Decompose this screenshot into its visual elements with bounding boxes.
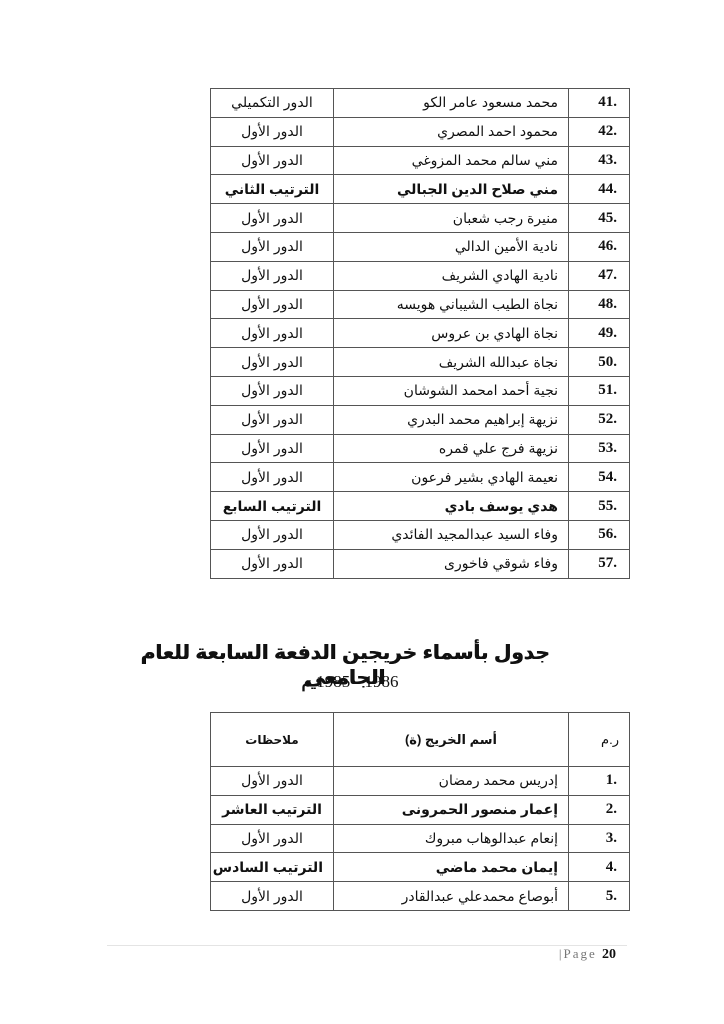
table-row: 45.منيرة رجب شعبانالدور الأول xyxy=(211,204,630,233)
graduate-name: إيمان محمد ماضي xyxy=(334,853,569,882)
graduate-note: الدور الأول xyxy=(211,204,334,233)
table-row: 3.إنعام عبدالوهاب مبروكالدور الأول xyxy=(211,824,630,853)
row-number: 47. xyxy=(569,261,630,290)
table-row: 4.إيمان محمد ماضيالترتيب السادس xyxy=(211,853,630,882)
graduate-name: نادية الأمين الدالي xyxy=(334,232,569,261)
table-row: 42.محمود احمد المصريالدور الأول xyxy=(211,117,630,146)
table-row: 44.مني صلاح الدين الجباليالترتيب الثاني xyxy=(211,175,630,204)
table-row: 50.نجاة عبدالله الشريفالدور الأول xyxy=(211,348,630,377)
graduate-name: نادية الهادي الشريف xyxy=(334,261,569,290)
year-suffix: م xyxy=(302,672,313,691)
row-number: 3. xyxy=(569,824,630,853)
graduate-note: الدور الأول xyxy=(211,882,334,911)
graduate-name: وفاء السيد عبدالمجيد الفائدي xyxy=(334,520,569,549)
graduate-name: إنعام عبدالوهاب مبروك xyxy=(334,824,569,853)
row-number: 52. xyxy=(569,405,630,434)
graduate-name: هدي يوسف بادي xyxy=(334,492,569,521)
row-number: 49. xyxy=(569,319,630,348)
graduate-name: نجاة الطيب الشيباني هويسه xyxy=(334,290,569,319)
header-serial-number: ر.م xyxy=(569,713,630,767)
year-range: 1985 - 1986 xyxy=(316,672,398,691)
row-number: 55. xyxy=(569,492,630,521)
graduate-note: الدور الأول xyxy=(211,549,334,578)
table-row: 54.نعيمة الهادي بشير فرعونالدور الأول xyxy=(211,463,630,492)
graduate-note: الدور الأول xyxy=(211,261,334,290)
graduate-name: نزيهة إبراهيم محمد البدري xyxy=(334,405,569,434)
table-row: 47.نادية الهادي الشريفالدور الأول xyxy=(211,261,630,290)
graduate-note: الدور الأول xyxy=(211,434,334,463)
graduate-note: الدور التكميلي xyxy=(211,89,334,118)
table-header-row: ر.م أسم الخريج (ة) ملاحظات xyxy=(211,713,630,767)
graduate-name: محمود احمد المصري xyxy=(334,117,569,146)
graduate-name: أبوصاع محمدعلي عبدالقادر xyxy=(334,882,569,911)
graduates-table-continued: 41.محمد مسعود عامر الكوالدور التكميلي 42… xyxy=(210,88,630,579)
row-number: 42. xyxy=(569,117,630,146)
graduate-note: الدور الأول xyxy=(211,232,334,261)
page-number: 20 xyxy=(602,947,616,962)
graduate-note: الدور الأول xyxy=(211,376,334,405)
row-number: 53. xyxy=(569,434,630,463)
row-number: 56. xyxy=(569,520,630,549)
graduate-name: نعيمة الهادي بشير فرعون xyxy=(334,463,569,492)
graduate-note: الدور الأول xyxy=(211,463,334,492)
graduate-name: نجاة عبدالله الشريف xyxy=(334,348,569,377)
table-row: 48.نجاة الطيب الشيباني هويسهالدور الأول xyxy=(211,290,630,319)
graduate-note: الدور الأول xyxy=(211,348,334,377)
footer-divider xyxy=(107,945,627,946)
graduate-note: الترتيب العاشر xyxy=(211,795,334,824)
graduate-note: الدور الأول xyxy=(211,319,334,348)
row-number: 48. xyxy=(569,290,630,319)
table-row: 51.نجية أحمد امحمد الشوشانالدور الأول xyxy=(211,376,630,405)
row-number: 44. xyxy=(569,175,630,204)
graduate-name: محمد مسعود عامر الكو xyxy=(334,89,569,118)
table-row: 43.مني سالم محمد المزوغيالدور الأول xyxy=(211,146,630,175)
graduate-name: مني صلاح الدين الجبالي xyxy=(334,175,569,204)
graduate-name: منيرة رجب شعبان xyxy=(334,204,569,233)
graduate-note: الترتيب السادس xyxy=(211,853,334,882)
graduate-name: إدريس محمد رمضان xyxy=(334,767,569,796)
page-footer: |Page 20 xyxy=(559,946,616,963)
graduate-note: الدور الأول xyxy=(211,146,334,175)
row-number: 41. xyxy=(569,89,630,118)
table-row: 55.هدي يوسف باديالترتيب السابع xyxy=(211,492,630,521)
table-row: 53.نزيهة فرج علي قمرهالدور الأول xyxy=(211,434,630,463)
graduate-note: الدور الأول xyxy=(211,405,334,434)
graduate-name: مني سالم محمد المزوغي xyxy=(334,146,569,175)
header-notes: ملاحظات xyxy=(211,713,334,767)
table-row: 52.نزيهة إبراهيم محمد البدريالدور الأول xyxy=(211,405,630,434)
row-number: 5. xyxy=(569,882,630,911)
table-row: 57.وفاء شوقي فاخورىالدور الأول xyxy=(211,549,630,578)
row-number: 45. xyxy=(569,204,630,233)
header-graduate-name: أسم الخريج (ة) xyxy=(334,713,569,767)
row-number: 46. xyxy=(569,232,630,261)
graduate-name: نجاة الهادي بن عروس xyxy=(334,319,569,348)
graduate-note: الدور الأول xyxy=(211,767,334,796)
row-number: 54. xyxy=(569,463,630,492)
row-number: 57. xyxy=(569,549,630,578)
row-number: 1. xyxy=(569,767,630,796)
graduate-name: وفاء شوقي فاخورى xyxy=(334,549,569,578)
table-row: 1.إدريس محمد رمضانالدور الأول xyxy=(211,767,630,796)
graduate-note: الدور الأول xyxy=(211,824,334,853)
graduate-note: الدور الأول xyxy=(211,117,334,146)
graduate-note: الترتيب الثاني xyxy=(211,175,334,204)
table-row: 49.نجاة الهادي بن عروسالدور الأول xyxy=(211,319,630,348)
row-number: 2. xyxy=(569,795,630,824)
graduate-note: الدور الأول xyxy=(211,520,334,549)
graduate-name: نزيهة فرج علي قمره xyxy=(334,434,569,463)
graduate-note: الدور الأول xyxy=(211,290,334,319)
row-number: 51. xyxy=(569,376,630,405)
row-number: 43. xyxy=(569,146,630,175)
page-label: Page xyxy=(563,946,596,961)
academic-year: 1985 - 1986 م xyxy=(220,672,480,692)
row-number: 4. xyxy=(569,853,630,882)
graduate-name: إعمار منصور الحمرونى xyxy=(334,795,569,824)
table-row: 46.نادية الأمين الداليالدور الأول xyxy=(211,232,630,261)
table-row: 56.وفاء السيد عبدالمجيد الفائديالدور الأ… xyxy=(211,520,630,549)
table-row: 2.إعمار منصور الحمرونىالترتيب العاشر xyxy=(211,795,630,824)
graduate-note: الترتيب السابع xyxy=(211,492,334,521)
graduates-table-seventh-class: ر.م أسم الخريج (ة) ملاحظات 1.إدريس محمد … xyxy=(210,712,630,911)
table-row: 5.أبوصاع محمدعلي عبدالقادرالدور الأول xyxy=(211,882,630,911)
table-row: 41.محمد مسعود عامر الكوالدور التكميلي xyxy=(211,89,630,118)
graduate-name: نجية أحمد امحمد الشوشان xyxy=(334,376,569,405)
row-number: 50. xyxy=(569,348,630,377)
